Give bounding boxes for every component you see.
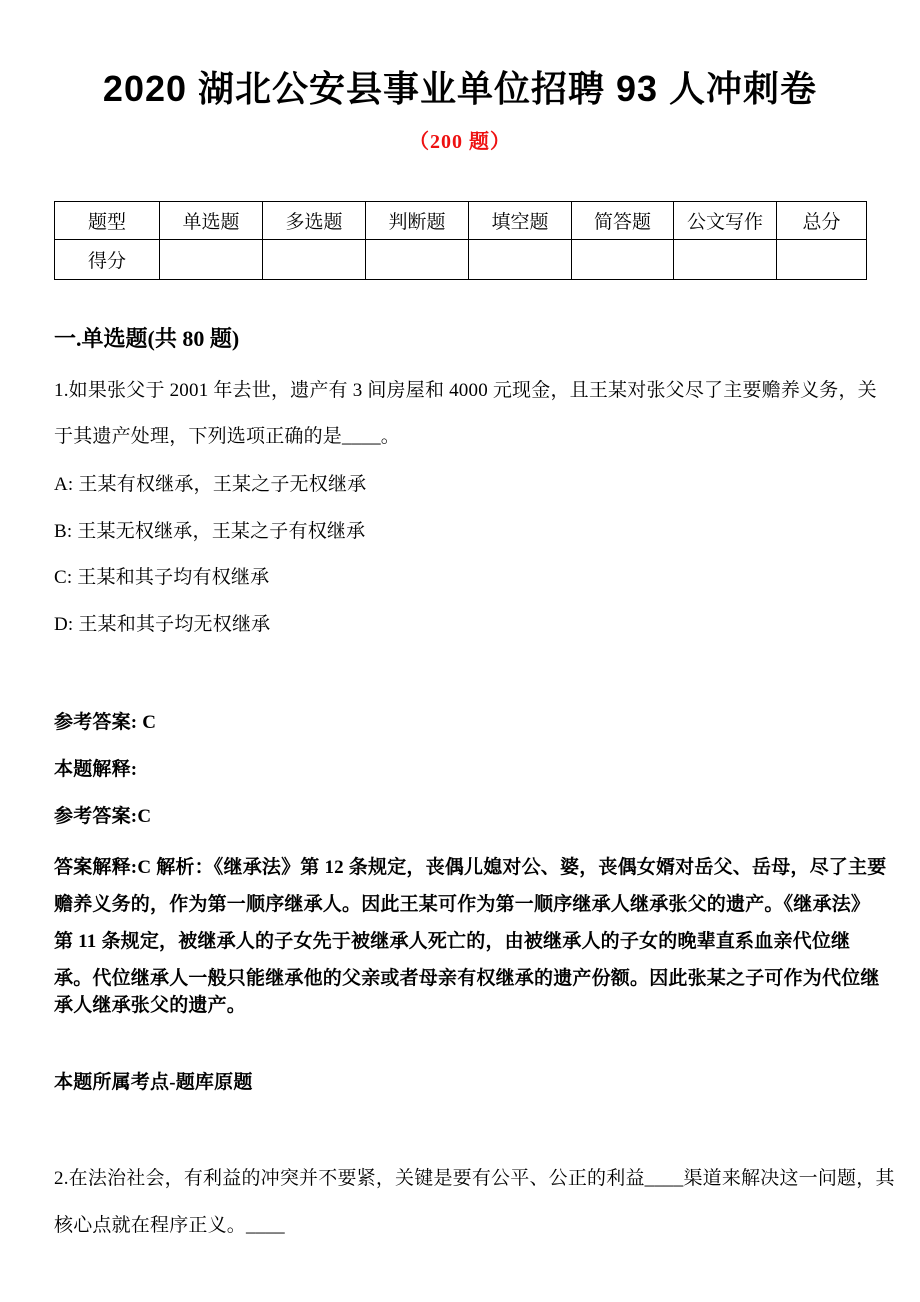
section-heading: 一.单选题(共 80 题) (54, 326, 866, 352)
score-cell-empty (263, 240, 366, 280)
analysis-line: 赡养义务的，作为第一顺序继承人。因此王某可作为第一顺序继承人继承张父的遗产。《继… (54, 893, 866, 917)
score-table-header-cell: 总分 (777, 202, 867, 240)
page-content: 题型 单选题 多选题 判断题 填空题 简答题 公文写作 总分 得分 (0, 201, 920, 1238)
question-2-text-line: 核心点就在程序正义。____ (54, 1214, 866, 1238)
score-row-label: 得分 (55, 240, 160, 280)
score-table-header-cell: 判断题 (366, 202, 469, 240)
score-cell-empty (777, 240, 867, 280)
score-cell-empty (572, 240, 674, 280)
reference-answer-repeat: 参考答案:C (54, 805, 866, 829)
analysis-line: 承。代位继承人一般只能继承他的父亲或者母亲有权继承的遗产份额。因此张某之子可作为… (54, 967, 866, 991)
analysis-line: 答案解释:C 解析：《继承法》第 12 条规定，丧偶儿媳对公、婆，丧偶女婿对岳父… (54, 856, 866, 880)
analysis-line: 承人继承张父的遗产。 (54, 994, 866, 1018)
question-1-text-line: 于其遗产处理，下列选项正确的是____。 (54, 425, 866, 449)
score-cell-empty (366, 240, 469, 280)
score-table-header-row: 题型 单选题 多选题 判断题 填空题 简答题 公文写作 总分 (55, 202, 867, 240)
analysis-line: 第 11 条规定，被继承人的子女先于被继承人死亡的，由被继承人的子女的晚辈直系血… (54, 930, 866, 954)
question-2-block: 2.在法治社会，有利益的冲突并不要紧，关键是要有公平、公正的利益____渠道来解… (54, 1167, 866, 1238)
question-1-block: 1.如果张父于 2001 年去世，遗产有 3 间房屋和 4000 元现金，且王某… (54, 379, 866, 1095)
option-a: A: 王某有权继承，王某之子无权继承 (54, 473, 866, 497)
score-table-header-cell: 单选题 (160, 202, 263, 240)
score-table: 题型 单选题 多选题 判断题 填空题 简答题 公文写作 总分 得分 (54, 201, 867, 280)
option-d: D: 王某和其子均无权继承 (54, 613, 866, 637)
score-table-header-cell: 填空题 (469, 202, 572, 240)
score-table-header-cell: 题型 (55, 202, 160, 240)
option-c: C: 王某和其子均有权继承 (54, 566, 866, 590)
score-table-header-cell: 公文写作 (674, 202, 777, 240)
score-table-score-row: 得分 (55, 240, 867, 280)
page-title: 2020 湖北公安县事业单位招聘 93 人冲刺卷 (0, 0, 920, 110)
exam-paper-page: 2020 湖北公安县事业单位招聘 93 人冲刺卷 （200 题） 题型 单选题 … (0, 0, 920, 1302)
question-count-subtitle: （200 题） (0, 130, 920, 154)
score-table-header-cell: 多选题 (263, 202, 366, 240)
explanation-label: 本题解释: (54, 758, 866, 782)
score-table-header-cell: 简答题 (572, 202, 674, 240)
option-b: B: 王某无权继承，王某之子有权继承 (54, 520, 866, 544)
score-cell-empty (469, 240, 572, 280)
question-2-text-line: 2.在法治社会，有利益的冲突并不要紧，关键是要有公平、公正的利益____渠道来解… (54, 1167, 866, 1191)
score-cell-empty (160, 240, 263, 280)
score-cell-empty (674, 240, 777, 280)
source-note: 本题所属考点-题库原题 (54, 1071, 866, 1095)
reference-answer: 参考答案: C (54, 711, 866, 735)
question-1-text-line: 1.如果张父于 2001 年去世，遗产有 3 间房屋和 4000 元现金，且王某… (54, 379, 866, 403)
